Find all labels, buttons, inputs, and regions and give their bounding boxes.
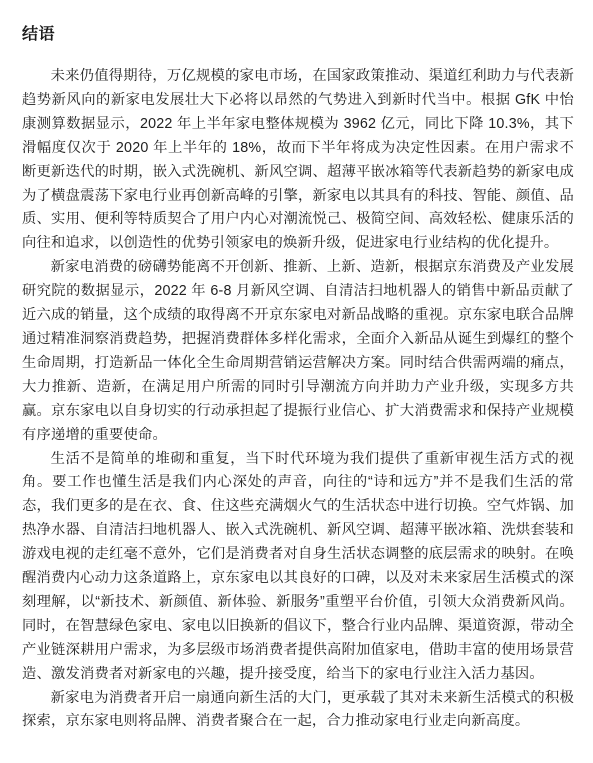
paragraph-closing: 新家电为消费者开启一扇通向新生活的大门，更承载了其对未来新生活模式的积极探索，京… [22,687,574,735]
document-page: 结语 未来仍值得期待，万亿规模的家电市场，在国家政策推动、渠道红利助力与代表新趋… [0,0,593,763]
document-body: 未来仍值得期待，万亿规模的家电市场，在国家政策推动、渠道红利助力与代表新趋势新风… [22,65,574,734]
paragraph-market-outlook: 未来仍值得期待，万亿规模的家电市场，在国家政策推动、渠道红利助力与代表新趋势新风… [22,65,574,256]
section-heading: 结语 [22,24,574,45]
paragraph-new-appliance-consumption: 新家电消费的磅礴势能离不开创新、推新、上新、造新，根据京东消费及产业发展研究院的… [22,256,574,447]
paragraph-lifestyle: 生活不是简单的堆砌和重复，当下时代环境为我们提供了重新审视生活方式的视角。要工作… [22,448,574,687]
